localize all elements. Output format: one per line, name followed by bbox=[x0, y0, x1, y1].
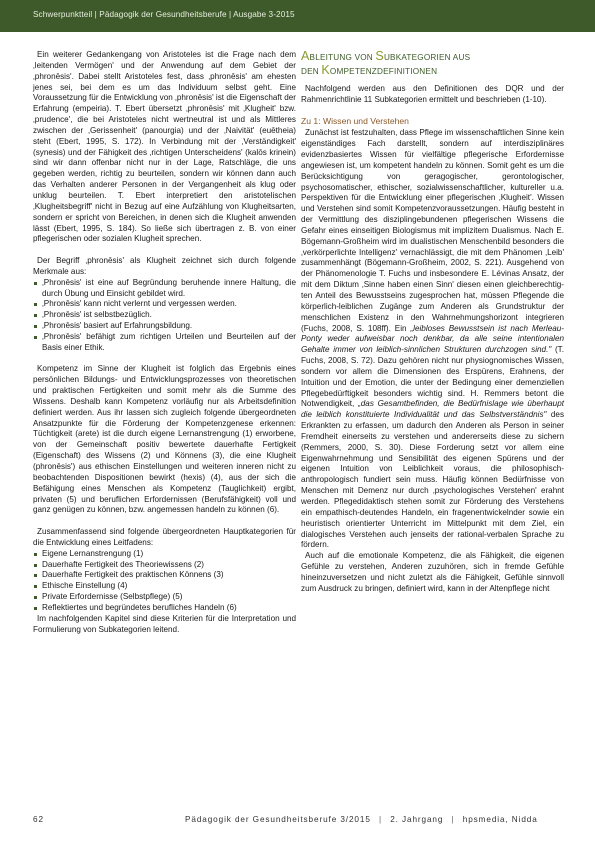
list-item: Ethische Einstellung (4) bbox=[33, 581, 296, 592]
paragraph-kapitel-leitend: Im nachfolgenden Kapitel sind diese Krit… bbox=[33, 614, 296, 636]
journal-title: Pädagogik der Gesundheitsberufe 3/2015 bbox=[185, 815, 371, 824]
paragraph-hauptkategorien-intro: Zusammenfassend sind folgende übergeordn… bbox=[33, 527, 296, 549]
footer-journal-info: Pädagogik der Gesundheitsberufe 3/2015 |… bbox=[185, 815, 538, 824]
publisher: hpsmedia, Nidda bbox=[463, 815, 538, 824]
page-number: 62 bbox=[33, 815, 44, 824]
running-header-bar: Schwerpunktteil | Pädagogik der Gesundhe… bbox=[0, 0, 595, 32]
list-item: ‚Phronēsis' ist eine auf Begründung beru… bbox=[33, 278, 296, 300]
list-item: Dauerhafte Fertigkeit des praktischen Kö… bbox=[33, 570, 296, 581]
text-run: des Erkrankten zu erfassen, um dadurch d… bbox=[301, 410, 564, 549]
phronesis-features-list: ‚Phronēsis' ist eine auf Begründung beru… bbox=[33, 278, 296, 354]
list-item: Private Erfordernisse (Selbstpflege) (5) bbox=[33, 592, 296, 603]
list-item: ‚Phronēsis' ist selbstbezüglich. bbox=[33, 310, 296, 321]
text-run: Zunächst ist festzuhalten, dass Pflege i… bbox=[301, 128, 564, 332]
heading-text: den bbox=[301, 67, 321, 76]
paragraph-emotionale-kompetenz: Auch auf die emotionale Kompetenz, die a… bbox=[301, 551, 564, 594]
paragraph-kompetenz-klugheit: Kompetenz im Sinne der Klugheit ist folg… bbox=[33, 364, 296, 516]
running-header-text: Schwerpunktteil | Pädagogik der Gesundhe… bbox=[33, 10, 295, 19]
section-heading: Ableitung von Subkategorien aus den Komp… bbox=[301, 50, 564, 78]
paragraph-phronesis-features-intro: Der Begriff ‚phronēsis' als Klugheit zei… bbox=[33, 256, 296, 278]
list-item: Reflektiertes und begründetes berufliche… bbox=[33, 603, 296, 614]
heading-initial: S bbox=[375, 49, 384, 63]
list-item: ‚Phronēsis' basiert auf Erfahrungsbildun… bbox=[33, 321, 296, 332]
paragraph-aristoteles-phronesis: Ein weiterer Gedankengang von Aristotele… bbox=[33, 50, 296, 245]
heading-text: ompetenzdefinitionen bbox=[330, 67, 437, 76]
heading-initial: K bbox=[321, 63, 330, 77]
left-column: Ein weiterer Gedankengang von Aristotele… bbox=[33, 50, 296, 635]
list-item: Dauerhafte Fertigkeit des Theoriewissens… bbox=[33, 560, 296, 571]
heading-text: ubkategorien aus bbox=[384, 53, 470, 62]
heading-initial: A bbox=[301, 49, 310, 63]
hauptkategorien-list: Eigene Lernanstrengung (1) Dauerhafte Fe… bbox=[33, 549, 296, 614]
subheading-wissen-verstehen: Zu 1: Wissen und Verstehen bbox=[301, 116, 564, 127]
heading-text: bleitung von bbox=[310, 53, 376, 62]
separator: | bbox=[447, 815, 460, 824]
separator: | bbox=[374, 815, 387, 824]
list-item: ‚Phronēsis' befähigt zum richtigen Urtei… bbox=[33, 332, 296, 354]
paragraph-section-intro: Nachfolgend werden aus den Definitionen … bbox=[301, 84, 564, 106]
volume: 2. Jahrgang bbox=[390, 815, 443, 824]
list-item: Eigene Lernanstrengung (1) bbox=[33, 549, 296, 560]
right-column: Ableitung von Subkategorien aus den Komp… bbox=[301, 50, 564, 595]
paragraph-wissen-verstehen: Zunächst ist festzuhalten, dass Pflege i… bbox=[301, 128, 564, 551]
list-item: ‚Phronēsis' kann nicht verlernt und verg… bbox=[33, 299, 296, 310]
